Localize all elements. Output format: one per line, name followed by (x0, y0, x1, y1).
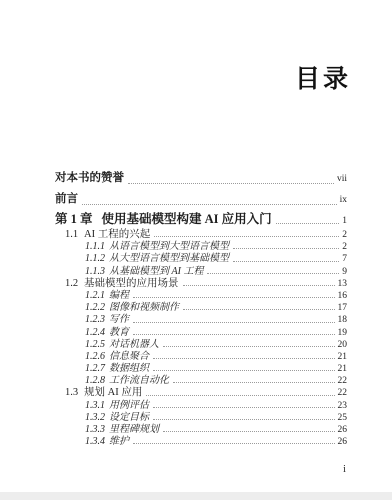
toc-front-matter-entry[interactable]: 前言ix (55, 189, 347, 210)
section-number: 1.2.3 (85, 314, 109, 326)
dot-leader (153, 407, 335, 408)
chapter-title: 使用基础模型构建 AI 应用入门 (102, 210, 272, 229)
entry-page-number: 21 (338, 351, 348, 363)
entry-label: 前言 (55, 189, 78, 210)
section-number: 1.3 (65, 387, 84, 399)
entry-label: 对本书的赞誉 (55, 168, 124, 189)
toc-section-entry[interactable]: 1.2.4教育19 (55, 327, 347, 339)
section-number: 1.1.2 (85, 253, 109, 265)
dot-leader (163, 346, 335, 347)
dot-leader (146, 395, 334, 396)
section-number: 1.2.4 (85, 327, 109, 339)
dot-leader (133, 443, 335, 444)
section-title: 用例评估 (109, 400, 149, 412)
section-number: 1.1.1 (85, 241, 109, 253)
entry-page-number: 2 (342, 241, 347, 253)
toc-section-entry[interactable]: 1.2.1编程16 (55, 290, 347, 302)
dot-leader (163, 431, 335, 432)
dot-leader (276, 223, 340, 224)
entry-page-number: 21 (338, 363, 348, 375)
toc-section-entry[interactable]: 1.2.2图像和视频制作17 (55, 302, 347, 314)
entry-page-number: 17 (338, 302, 348, 314)
section-title: 教育 (109, 327, 129, 339)
toc-section-entry[interactable]: 1.1.2从大型语言模型到基础模型7 (55, 253, 347, 265)
dot-leader (207, 273, 339, 274)
entry-page-number: vii (337, 169, 347, 190)
entry-page-number: 18 (338, 314, 348, 326)
toc-chapter-entry[interactable]: 第 1 章使用基础模型构建 AI 应用入门1 (55, 210, 347, 229)
toc-section-entry[interactable]: 1.3.3里程碑规划26 (55, 424, 347, 436)
section-title: 写作 (109, 314, 129, 326)
section-title: 数据组织 (109, 363, 149, 375)
toc-section-entry[interactable]: 1.1.3从基础模型到 AI 工程9 (55, 266, 347, 278)
section-title: 图像和视频制作 (109, 302, 179, 314)
toc-section-entry[interactable]: 1.2.7数据组织21 (55, 363, 347, 375)
dot-leader (183, 309, 335, 310)
entry-page-number: 7 (342, 253, 347, 265)
page-folio-number: i (343, 463, 346, 475)
dot-leader (233, 261, 339, 262)
dot-leader (233, 248, 339, 249)
toc-section-entry[interactable]: 1.3.2设定目标25 (55, 412, 347, 424)
section-number: 1.3.2 (85, 412, 109, 424)
toc-section-entry[interactable]: 1.1AI 工程的兴起2 (55, 229, 347, 241)
entry-page-number: 25 (338, 412, 348, 424)
dot-leader (133, 322, 335, 323)
section-number: 1.2.8 (85, 375, 109, 387)
section-number: 1.1 (65, 229, 84, 241)
toc-section-entry[interactable]: 1.1.1从语言模型到大型语言模型2 (55, 241, 347, 253)
dot-leader (133, 334, 335, 335)
toc-section-entry[interactable]: 1.3.1用例评估23 (55, 400, 347, 412)
toc-section-entry[interactable]: 1.2.3写作18 (55, 314, 347, 326)
toc-section-entry[interactable]: 1.3.4维护26 (55, 436, 347, 448)
entry-page-number: 2 (342, 229, 347, 241)
dot-leader (154, 236, 339, 237)
section-number: 1.2.2 (85, 302, 109, 314)
section-title: 维护 (109, 436, 129, 448)
toc-section-entry[interactable]: 1.2.5对话机器人20 (55, 339, 347, 351)
dot-leader (133, 297, 335, 298)
section-title: 基础模型的应用场景 (84, 278, 179, 290)
toc-section-entry[interactable]: 1.3规划 AI 应用22 (55, 387, 347, 399)
entry-page-number: 16 (338, 290, 348, 302)
toc-front-matter-entry[interactable]: 对本书的赞誉vii (55, 168, 347, 189)
entry-page-number: 23 (338, 400, 348, 412)
section-number: 1.2.7 (85, 363, 109, 375)
section-number: 1.2.6 (85, 351, 109, 363)
entry-page-number: 9 (342, 266, 347, 278)
section-number: 1.3.1 (85, 400, 109, 412)
entry-page-number: 20 (338, 339, 348, 351)
section-title: 从大型语言模型到基础模型 (109, 253, 229, 265)
section-title: 里程碑规划 (109, 424, 159, 436)
section-number: 1.2 (65, 278, 84, 290)
toc-section-entry[interactable]: 1.2基础模型的应用场景13 (55, 278, 347, 290)
section-title: 编程 (109, 290, 129, 302)
section-title: 规划 AI 应用 (84, 387, 142, 399)
section-title: 从语言模型到大型语言模型 (109, 241, 229, 253)
section-number: 1.1.3 (85, 266, 109, 278)
dot-leader (82, 204, 337, 205)
toc-list: 对本书的赞誉vii前言ix第 1 章使用基础模型构建 AI 应用入门11.1AI… (55, 168, 347, 448)
entry-page-number: 13 (338, 278, 348, 290)
section-number: 1.2.5 (85, 339, 109, 351)
dot-leader (183, 285, 335, 286)
entry-page-number: 26 (338, 436, 348, 448)
section-title: 对话机器人 (109, 339, 159, 351)
section-title: 工作流自动化 (109, 375, 169, 387)
page-title: 目录 (295, 59, 351, 95)
dot-leader (173, 382, 335, 383)
section-title: 从基础模型到 AI 工程 (109, 266, 203, 278)
page-bottom-edge (0, 492, 392, 500)
dot-leader (153, 419, 335, 420)
toc-section-entry[interactable]: 1.2.6信息聚合21 (55, 351, 347, 363)
section-number: 1.3.3 (85, 424, 109, 436)
entry-page-number: 26 (338, 424, 348, 436)
entry-page-number: ix (340, 190, 347, 211)
section-title: 设定目标 (109, 412, 149, 424)
toc-section-entry[interactable]: 1.2.8工作流自动化22 (55, 375, 347, 387)
chapter-number: 第 1 章 (55, 210, 93, 229)
entry-page-number: 22 (338, 375, 348, 387)
section-title: 信息聚合 (109, 351, 149, 363)
dot-leader (153, 358, 335, 359)
dot-leader (153, 370, 335, 371)
entry-page-number: 22 (338, 387, 348, 399)
entry-page-number: 19 (338, 327, 348, 339)
section-number: 1.3.4 (85, 436, 109, 448)
dot-leader (128, 183, 334, 184)
section-title: AI 工程的兴起 (84, 229, 150, 241)
section-number: 1.2.1 (85, 290, 109, 302)
